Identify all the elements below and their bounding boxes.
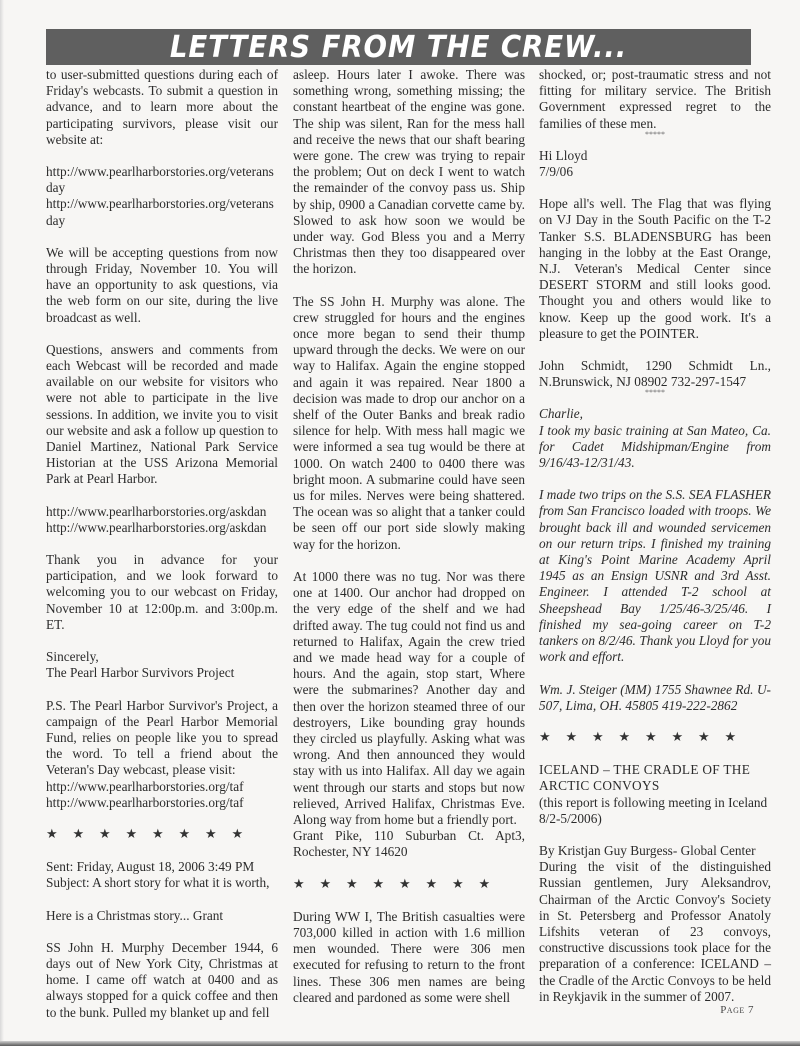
star-icon: ★ [46, 827, 73, 843]
section-title: LETTERS FROM THE CREW... [170, 30, 627, 65]
star-icon: ★ [320, 877, 347, 893]
link-askdan[interactable]: http://www.pearlharborstories.org/askdan [46, 520, 266, 535]
closing: Sincerely, [46, 649, 99, 664]
star-icon: ★ [452, 877, 479, 893]
star-divider: ★★★★★★★★ [46, 827, 278, 843]
star-icon: ★ [99, 827, 126, 843]
paragraph: SS John H. Murphy December 1944, 6 days … [46, 940, 278, 1021]
star-icon: ★ [293, 877, 320, 893]
star-icon: ★ [73, 827, 100, 843]
star-icon: ★ [346, 877, 373, 893]
paragraph: I made two trips on the S.S. SEA FLASHER… [539, 487, 771, 665]
url-block: http://www.pearlharborstories.org/taf ht… [46, 779, 278, 811]
paragraph: shocked, or; post-traumatic stress and n… [539, 67, 771, 132]
star-divider: ★★★★★★★★ [293, 877, 525, 893]
star-icon: ★ [566, 730, 593, 746]
postscript: P.S. The Pearl Harbor Survivor's Project… [46, 698, 278, 779]
paragraph: At 1000 there was no tug. Nor was there … [293, 569, 525, 828]
paragraph: We will be accepting questions from now … [46, 245, 278, 326]
email-header: Sent: Friday, August 18, 2006 3:49 PM Su… [46, 859, 278, 891]
link-veteransday[interactable]: http://www.pearlharborstories.org/vetera… [46, 196, 274, 227]
paragraph: asleep. Hours later I awoke. There was s… [293, 67, 525, 278]
star-icon: ★ [539, 730, 566, 746]
right-column: shocked, or; post-traumatic stress and n… [539, 67, 771, 1021]
star-icon: ★ [592, 730, 619, 746]
middle-column: asleep. Hours later I awoke. There was s… [293, 67, 525, 1022]
byline: By Kristjan Guy Burgess- Global Center [539, 843, 771, 859]
paragraph: I took my basic training at San Mateo, C… [539, 423, 771, 472]
paragraph: The SS John H. Murphy was alone. The cre… [293, 294, 525, 553]
author-address: John Schmidt, 1290 Schmidt Ln., N.Brunsw… [539, 358, 771, 390]
star-icon: ★ [373, 877, 400, 893]
star-icon: ★ [152, 827, 179, 843]
star-icon: ★ [426, 877, 453, 893]
article-note: (this report is following meeting in Ice… [539, 795, 767, 826]
page-edge [0, 1041, 800, 1046]
paragraph: During the visit of the distinguished Ru… [539, 859, 771, 1005]
article-heading: ICELAND – THE CRADLE OF THE ARCTIC CONVO… [539, 762, 771, 827]
star-icon: ★ [725, 730, 752, 746]
link-veteransday[interactable]: http://www.pearlharborstories.org/vetera… [46, 164, 274, 195]
section-banner: LETTERS FROM THE CREW... [46, 29, 751, 65]
left-column: to user-submitted questions during each … [46, 67, 278, 1037]
letter-date: 7/9/06 [539, 164, 573, 179]
salutation: Charlie, [539, 406, 771, 422]
paragraph: Thank you in advance for your participat… [46, 552, 278, 633]
page-number: Page 7 [720, 1004, 754, 1016]
link-askdan[interactable]: http://www.pearlharborstories.org/askdan [46, 504, 266, 519]
link-taf[interactable]: http://www.pearlharborstories.org/taf [46, 795, 244, 810]
paragraph: Here is a Christmas story... Grant [46, 908, 278, 924]
url-block: http://www.pearlharborstories.org/vetera… [46, 164, 278, 229]
signature: The Pearl Harbor Survivors Project [46, 665, 234, 680]
paragraph: to user-submitted questions during each … [46, 67, 278, 148]
letter-greeting: Hi Lloyd 7/9/06 [539, 148, 771, 180]
paragraph: Hope all's well. The Flag that was flyin… [539, 196, 771, 342]
star-icon: ★ [479, 877, 506, 893]
star-icon: ★ [126, 827, 153, 843]
star-icon: ★ [179, 827, 206, 843]
page-edge [0, 0, 4, 1046]
article-title: ICELAND – THE CRADLE OF THE ARCTIC CONVO… [539, 762, 750, 793]
url-block: http://www.pearlharborstories.org/askdan… [46, 504, 278, 536]
star-icon: ★ [399, 877, 426, 893]
star-icon: ★ [672, 730, 699, 746]
star-divider: ★★★★★★★★ [539, 730, 771, 746]
closing-block: Sincerely, The Pearl Harbor Survivors Pr… [46, 649, 278, 681]
subject-line: Subject: A short story for what it is wo… [46, 875, 269, 890]
star-icon: ★ [645, 730, 672, 746]
author-address: Grant Pike, 110 Suburban Ct. Apt3, Roche… [293, 828, 525, 860]
link-taf[interactable]: http://www.pearlharborstories.org/taf [46, 779, 244, 794]
star-icon: ★ [205, 827, 232, 843]
greeting: Hi Lloyd [539, 148, 587, 163]
paragraph: During WW I, The British casualties were… [293, 909, 525, 1006]
star-icon: ★ [619, 730, 646, 746]
paragraph: Questions, answers and comments from eac… [46, 342, 278, 488]
sent-line: Sent: Friday, August 18, 2006 3:49 PM [46, 859, 254, 874]
star-icon: ★ [232, 827, 259, 843]
star-icon: ★ [698, 730, 725, 746]
author-address: Wm. J. Steiger (MM) 1755 Shawnee Rd. U-5… [539, 682, 771, 714]
